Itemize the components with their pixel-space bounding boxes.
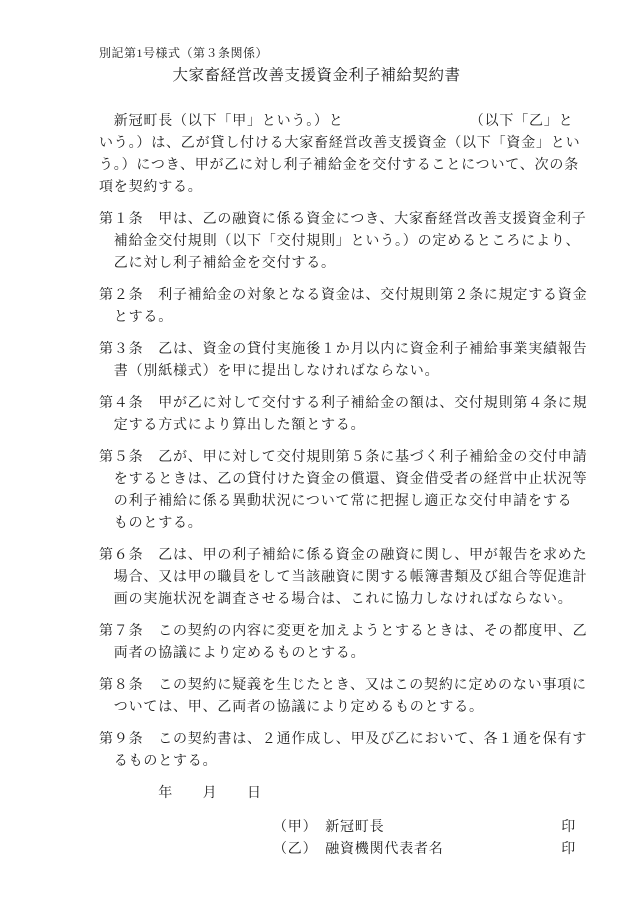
text-line: いう。）は、乙が貸し付ける大家畜経営改善支援資金（以下「資金」とい <box>99 133 590 155</box>
text-line: う。）につき、甲が乙に対し利子補給金を交付することについて、次の条 <box>99 155 590 177</box>
signature-row-otsu: （乙） 融資機関代表者名 印 <box>99 839 590 861</box>
text-line: 第６条 乙は、甲の利子補給に係る資金の融資に関し、甲が報告を求めた <box>99 545 590 567</box>
text-line: るものとする。 <box>99 751 590 773</box>
signature-label-kou: （甲） 新冠町長 <box>273 817 384 839</box>
article-3: 第３条 乙は、資金の貸付実施後１か月以内に資金利子補給事業実績報告 書（別紙様式… <box>99 339 590 383</box>
text-line: をするときは、乙の貸付けた資金の償還、資金借受者の経営中止状況等 <box>99 469 590 491</box>
articles-section: 第１条 甲は、乙の融資に係る資金につき、大家畜経営改善支援資金利子 補給金交付規… <box>99 209 590 773</box>
text-line: 定する方式により算出した額とする。 <box>99 415 590 437</box>
article-1: 第１条 甲は、乙の融資に係る資金につき、大家畜経営改善支援資金利子 補給金交付規… <box>99 209 590 275</box>
text-line: 項を契約する。 <box>99 177 590 199</box>
article-9: 第９条 この契約書は、２通作成し、甲及び乙において、各１通を保有す るものとする… <box>99 729 590 773</box>
seal-placeholder-kou: 印 <box>561 817 576 839</box>
text-line: 第４条 甲が乙に対して交付する利子補給金の額は、交付規則第４条に規 <box>99 393 590 415</box>
text-line: 第３条 乙は、資金の貸付実施後１か月以内に資金利子補給事業実績報告 <box>99 339 590 361</box>
signature-block: （甲） 新冠町長 印 （乙） 融資機関代表者名 印 <box>99 817 590 861</box>
seal-placeholder-otsu: 印 <box>561 839 576 861</box>
article-5: 第５条 乙が、甲に対して交付規則第５条に基づく利子補給金の交付申請 をするときは… <box>99 447 590 535</box>
article-8: 第８条 この契約に疑義を生じたとき、又はこの契約に定めのない事項に ついては、甲… <box>99 675 590 719</box>
text-line: 第５条 乙が、甲に対して交付規則第５条に基づく利子補給金の交付申請 <box>99 447 590 469</box>
text-line: 第８条 この契約に疑義を生じたとき、又はこの契約に定めのない事項に <box>99 675 590 697</box>
article-6: 第６条 乙は、甲の利子補給に係る資金の融資に関し、甲が報告を求めた 場合、又は甲… <box>99 545 590 611</box>
text-line: 画の実施状況を調査させる場合は、これに協力しなければならない。 <box>99 589 590 611</box>
signature-row-kou: （甲） 新冠町長 印 <box>99 817 590 839</box>
text-line: 補給金交付規則（以下「交付規則」という。）の定めるところにより、 <box>99 231 590 253</box>
text-line: 第１条 甲は、乙の融資に係る資金につき、大家畜経営改善支援資金利子 <box>99 209 590 231</box>
text-line: 第２条 利子補給金の対象となる資金は、交付規則第２条に規定する資金 <box>99 285 590 307</box>
text-line: とする。 <box>99 307 590 329</box>
contract-document: 別記第1号様式（第３条関係） 大家畜経営改善支援資金利子補給契約書 新冠町長（以… <box>0 0 630 903</box>
text-line: 第７条 この契約の内容に変更を加えようとするときは、その都度甲、乙 <box>99 621 590 643</box>
text-line: の利子補給に係る異動状況について常に把握し適正な交付申請をする <box>99 491 590 513</box>
preamble-paragraph: 新冠町長（以下「甲」という。）と （以下「乙」という。）は、乙が貸し付ける大家畜… <box>99 111 590 199</box>
article-4: 第４条 甲が乙に対して交付する利子補給金の額は、交付規則第４条に規 定する方式に… <box>99 393 590 437</box>
text-line: 両者の協議により定めるものとする。 <box>99 643 590 665</box>
article-2: 第２条 利子補給金の対象となる資金は、交付規則第２条に規定する資金 とする。 <box>99 285 590 329</box>
date-line: 年 月 日 <box>99 783 590 805</box>
text-line: 書（別紙様式）を甲に提出しなければならない。 <box>99 361 590 383</box>
document-title: 大家畜経営改善支援資金利子補給契約書 <box>43 66 590 86</box>
text-line: 場合、又は甲の職員をして当該融資に関する帳簿書類及び組合等促進計 <box>99 567 590 589</box>
article-7: 第７条 この契約の内容に変更を加えようとするときは、その都度甲、乙 両者の協議に… <box>99 621 590 665</box>
text-line: 乙に対し利子補給金を交付する。 <box>99 253 590 275</box>
form-number-label: 別記第1号様式（第３条関係） <box>99 44 590 62</box>
text-line: 第９条 この契約書は、２通作成し、甲及び乙において、各１通を保有す <box>99 729 590 751</box>
text-line: ついては、甲、乙両者の協議により定めるものとする。 <box>99 697 590 719</box>
text-line: ものとする。 <box>99 513 590 535</box>
signature-label-otsu: （乙） 融資機関代表者名 <box>273 839 444 861</box>
text-line: 新冠町長（以下「甲」という。）と （以下「乙」と <box>99 111 590 133</box>
